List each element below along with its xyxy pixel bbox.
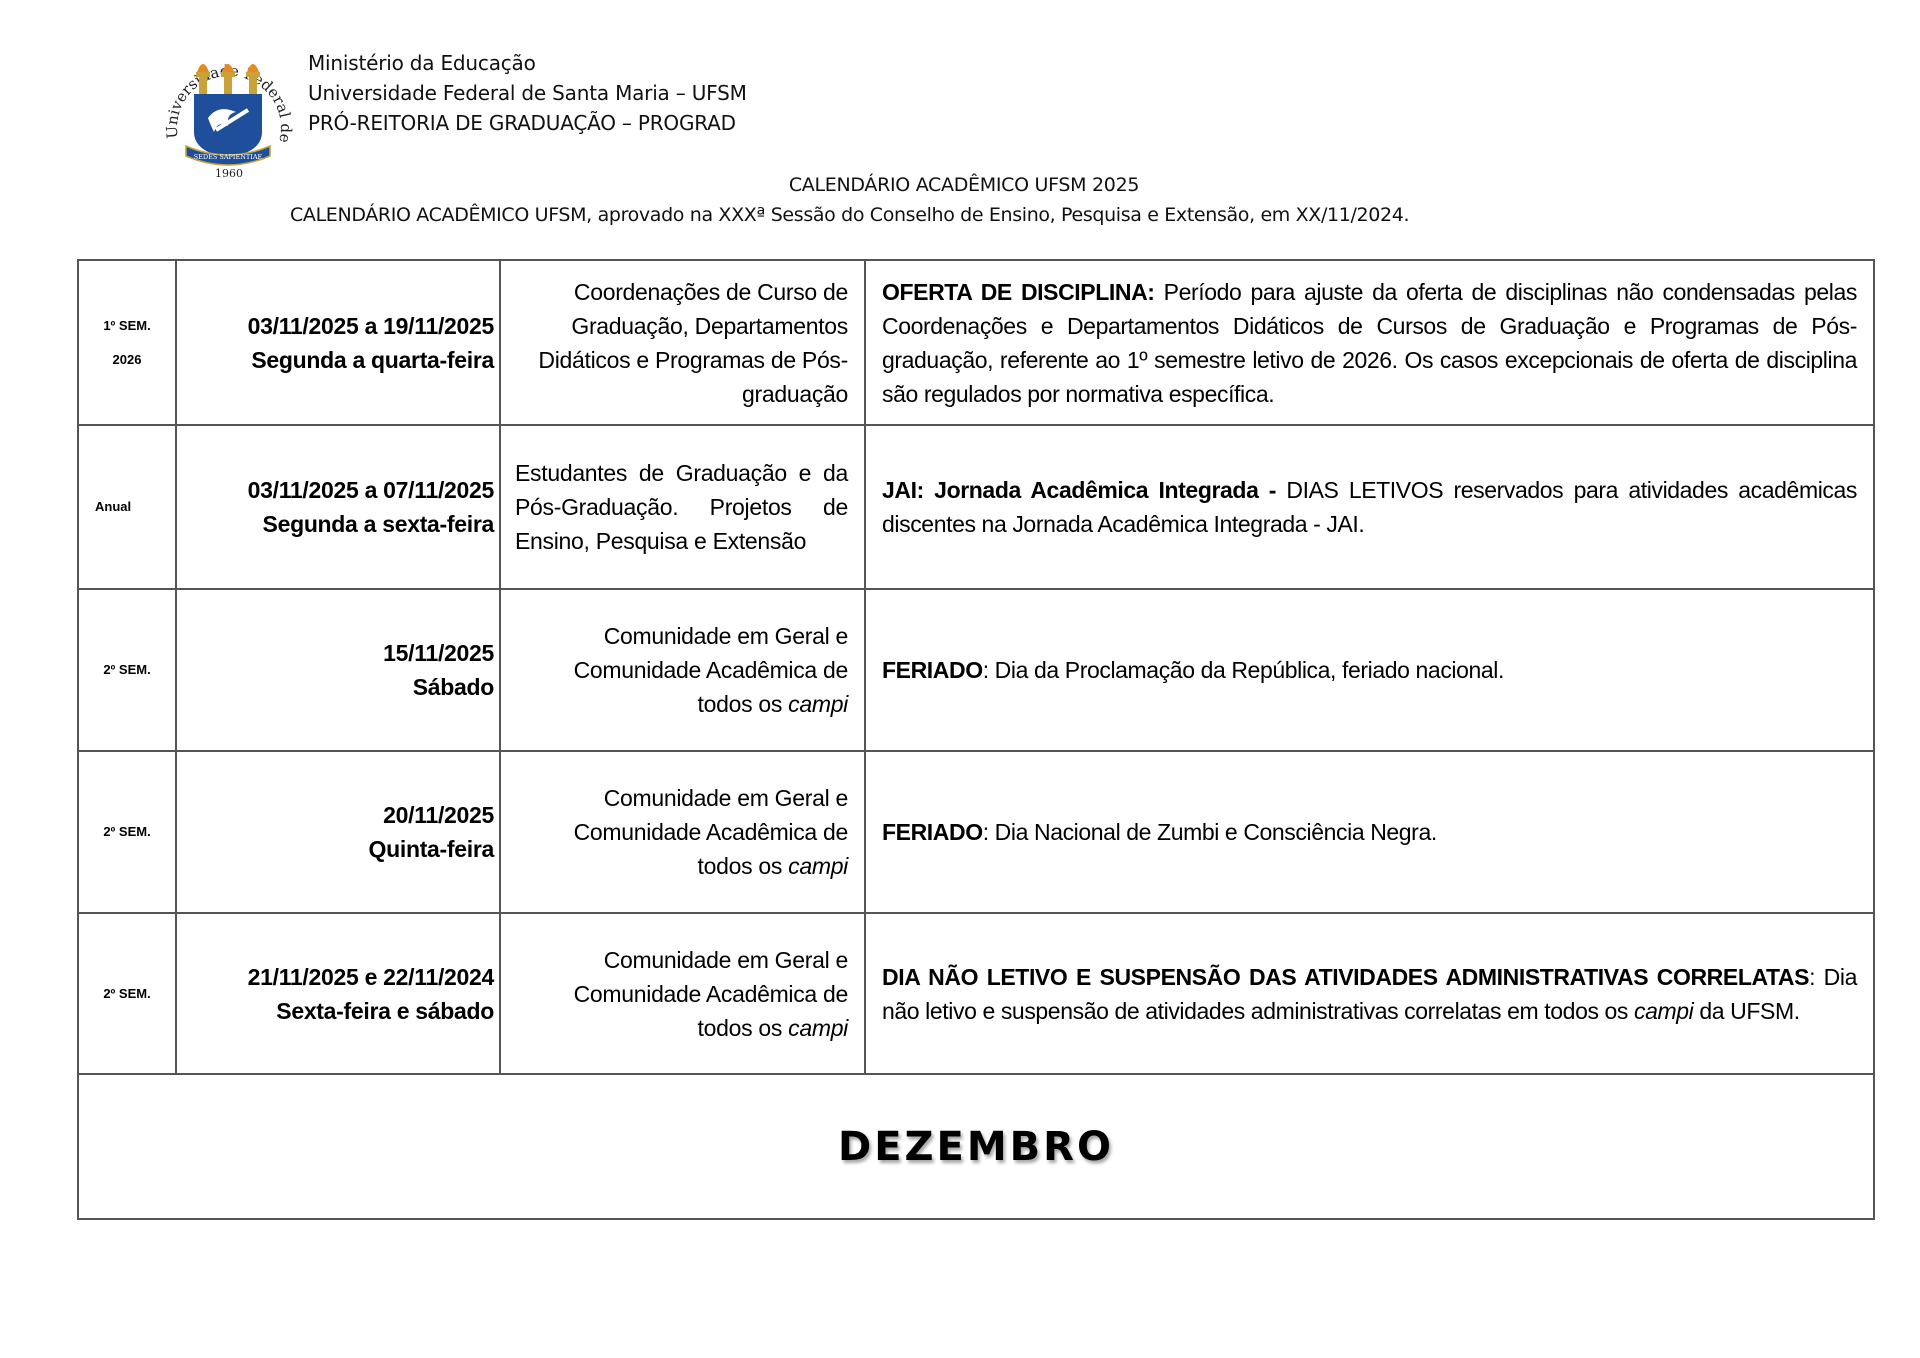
weekday: Quinta-feira [177,832,494,866]
weekday: Sexta-feira e sábado [177,994,494,1028]
event-description-end: da UFSM. [1693,998,1799,1024]
audience-cell: Comunidade em Geral e Comunidade Acadêmi… [500,913,865,1074]
table-row: 2º SEM. 15/11/2025 Sábado Comunidade em … [78,589,1874,751]
date-cell: 20/11/2025 Quinta-feira [176,751,500,913]
date-range: 03/11/2025 a 19/11/2025 [177,309,494,343]
month-heading: DEZEMBRO [838,1124,1114,1170]
period-label: 2º SEM. [79,815,175,849]
event-cell: FERIADO: Dia Nacional de Zumbi e Consciê… [865,751,1874,913]
event-cell: FERIADO: Dia da Proclamação da República… [865,589,1874,751]
event-title: FERIADO [882,657,983,683]
table-row: Anual 03/11/2025 a 07/11/2025 Segunda a … [78,425,1874,589]
event-description: : Dia da Proclamação da República, feria… [983,657,1504,683]
date-range: 15/11/2025 [177,636,494,670]
audience-cell: Estudantes de Graduação e da Pós-Graduaç… [500,425,865,589]
event-title: DIA NÃO LETIVO E SUSPENSÃO DAS ATIVIDADE… [882,964,1809,990]
weekday: Sábado [177,670,494,704]
period-label: 2º SEM. [79,977,175,1011]
period-cell: 2º SEM. [78,751,176,913]
event-italic: campi [1634,998,1693,1024]
document-title: CALENDÁRIO ACADÊMICO UFSM 2025 [0,174,1920,196]
period-cell: Anual [78,425,176,589]
document-subtitle: CALENDÁRIO ACADÊMICO UFSM, aprovado na X… [290,204,1409,226]
month-header-cell: DEZEMBRO [78,1074,1874,1219]
period-cell: 1º SEM. 2026 [78,260,176,425]
calendar-table: 1º SEM. 2026 03/11/2025 a 19/11/2025 Seg… [77,259,1875,1220]
audience-cell: Comunidade em Geral e Comunidade Acadêmi… [500,751,865,913]
event-title: OFERTA DE DISCIPLINA: [882,279,1155,305]
date-cell: 03/11/2025 a 19/11/2025 Segunda a quarta… [176,260,500,425]
month-header-row: DEZEMBRO [78,1074,1874,1219]
period-label: Anual [95,490,175,524]
institution-header: Ministério da Educação Universidade Fede… [308,48,747,138]
event-title: FERIADO [882,819,983,845]
date-cell: 21/11/2025 e 22/11/2024 Sexta-feira e sá… [176,913,500,1074]
audience-italic: campi [788,691,848,717]
table-row: 2º SEM. 20/11/2025 Quinta-feira Comunida… [78,751,1874,913]
date-range: 20/11/2025 [177,798,494,832]
event-description: : Dia Nacional de Zumbi e Consciência Ne… [983,819,1437,845]
audience-cell: Coordenações de Curso de Graduação, Depa… [500,260,865,425]
audience-cell: Comunidade em Geral e Comunidade Acadêmi… [500,589,865,751]
event-cell: DIA NÃO LETIVO E SUSPENSÃO DAS ATIVIDADE… [865,913,1874,1074]
date-cell: 03/11/2025 a 07/11/2025 Segunda a sexta-… [176,425,500,589]
period-label: 1º SEM. [79,309,175,343]
table-row: 2º SEM. 21/11/2025 e 22/11/2024 Sexta-fe… [78,913,1874,1074]
header-ministry: Ministério da Educação [308,48,747,78]
audience-italic: campi [788,853,848,879]
logo-motto: SEDES SAPIENTIAE [194,153,263,161]
header-university: Universidade Federal de Santa Maria – UF… [308,78,747,108]
weekday: Segunda a quarta-feira [177,343,494,377]
period-cell: 2º SEM. [78,913,176,1074]
date-range: 21/11/2025 e 22/11/2024 [177,960,494,994]
period-year: 2026 [79,343,175,377]
ufsm-logo: Universidade Federal de Santa Maria SEDE… [156,40,302,178]
period-cell: 2º SEM. [78,589,176,751]
date-range: 03/11/2025 a 07/11/2025 [177,473,494,507]
date-cell: 15/11/2025 Sábado [176,589,500,751]
event-cell: OFERTA DE DISCIPLINA: Período para ajust… [865,260,1874,425]
weekday: Segunda a sexta-feira [177,507,494,541]
header-prorectorate: PRÓ-REITORIA DE GRADUAÇÃO – PROGRAD [308,108,747,138]
table-row: 1º SEM. 2026 03/11/2025 a 19/11/2025 Seg… [78,260,1874,425]
audience-italic: campi [788,1015,848,1041]
period-label: 2º SEM. [79,653,175,687]
event-title: JAI: Jornada Acadêmica Integrada - [882,477,1276,503]
event-cell: JAI: Jornada Acadêmica Integrada - DIAS … [865,425,1874,589]
